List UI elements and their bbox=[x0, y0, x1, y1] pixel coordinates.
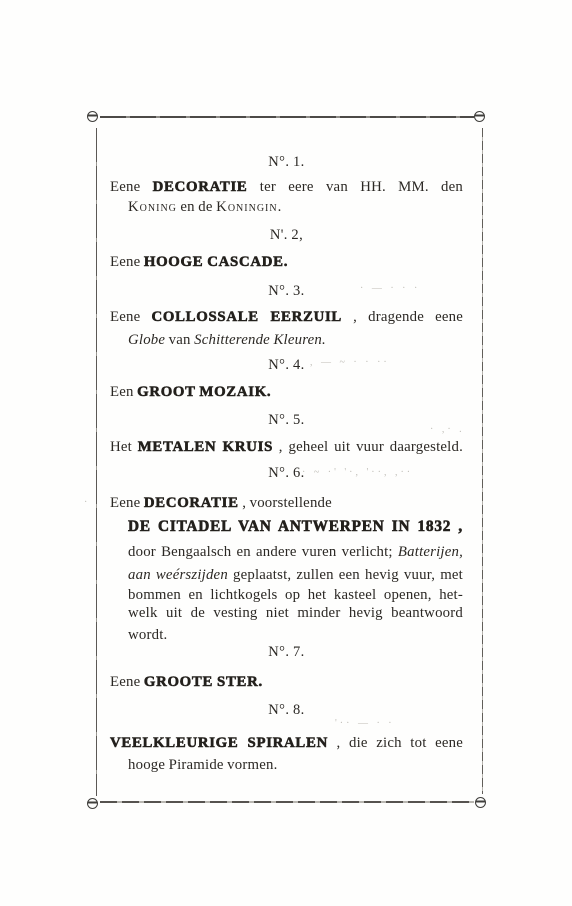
text-run: Het bbox=[110, 439, 138, 455]
text-run: en de bbox=[177, 199, 216, 215]
text-run: Eene bbox=[110, 309, 152, 325]
italic-text: Schitterende Kleuren. bbox=[194, 332, 326, 348]
entry-line: Koning en de Koningin. bbox=[128, 196, 463, 218]
ink-smudge: · — · · · bbox=[360, 284, 420, 294]
fat-text: DECORATIE bbox=[153, 179, 248, 195]
ink-smudge: · bbox=[84, 498, 90, 508]
entry-line: door Bengaalsch en andere vuren verlicht… bbox=[128, 541, 463, 563]
entry-subtitle: DE CITADEL VAN ANTWERPEN IN 1832 , bbox=[128, 516, 463, 538]
corner-ornament-icon bbox=[87, 111, 98, 122]
entry-number: N°. 8. bbox=[110, 699, 463, 721]
ink-smudge: , — ~ · · ·· bbox=[310, 358, 390, 368]
frame-border-right bbox=[482, 128, 483, 794]
fat-text: METALEN KRUIS bbox=[138, 439, 273, 455]
italic-text: Batterijen, bbox=[398, 544, 463, 560]
fat-text: GROOT MOZAIK. bbox=[137, 384, 271, 400]
fat-text: VEELKLEURIGE SPIRALEN bbox=[110, 735, 328, 751]
fat-text: HOOGE CASCADE. bbox=[144, 254, 288, 270]
entry-number: N°. 1. bbox=[110, 151, 463, 173]
entry-line: Eene COLLOSSALE EERZUIL , dragende eene bbox=[110, 306, 463, 328]
text-run: , dragende eene bbox=[342, 309, 463, 325]
corner-ornament-icon bbox=[474, 111, 485, 122]
text-run: Eene bbox=[110, 674, 144, 690]
entry-number: N°. 5. bbox=[110, 409, 463, 431]
entry-line: Een GROOT MOZAIK. bbox=[110, 381, 463, 403]
frame-border-top bbox=[100, 116, 474, 118]
entry-line: VEELKLEURIGE SPIRALEN , die zich tot een… bbox=[110, 732, 463, 754]
text-run: Eene bbox=[110, 495, 144, 511]
entry-line: hooge Piramide vormen. bbox=[128, 754, 463, 776]
text-run: Eene bbox=[110, 179, 153, 195]
entry-line: Eene DECORATIE , voorstellende bbox=[110, 492, 463, 514]
text-run: van bbox=[165, 332, 194, 348]
entry-line: Het METALEN KRUIS , geheel uit vuur daar… bbox=[110, 436, 463, 458]
smallcaps-text: Koningin. bbox=[216, 199, 282, 215]
smallcaps-text: Koning bbox=[128, 199, 177, 215]
fat-text: DECORATIE bbox=[144, 495, 239, 511]
text-run: Eene bbox=[110, 254, 144, 270]
text-run: Een bbox=[110, 384, 137, 400]
corner-ornament-icon bbox=[87, 798, 98, 809]
frame-border-bottom bbox=[100, 801, 474, 803]
text-run: , geheel uit vuur daargesteld. bbox=[273, 439, 463, 455]
italic-text: Globe bbox=[128, 332, 165, 348]
text-run: ter eere van HH. MM. den bbox=[247, 179, 463, 195]
text-run: geplaatst, zullen een hevig vuur, met bbox=[228, 567, 463, 583]
entry-number: N°. 4. bbox=[110, 354, 463, 376]
ink-smudge: · ,· . bbox=[430, 425, 465, 435]
corner-ornament-icon bbox=[475, 797, 486, 808]
entry-line: Eene HOOGE CASCADE. bbox=[110, 251, 463, 273]
fat-text: GROOTE STER. bbox=[144, 674, 263, 690]
entry-line: Eene DECORATIE ter eere van HH. MM. den bbox=[110, 176, 463, 198]
entry-line: Globe van Schitterende Kleuren. bbox=[128, 329, 463, 351]
document-page: N°. 1. Eene DECORATIE ter eere van HH. M… bbox=[0, 0, 572, 906]
entry-line: welk uit de vesting niet minder hevig be… bbox=[128, 602, 463, 624]
entry-number: N'. 2, bbox=[110, 224, 463, 246]
entry-number: N°. 7. bbox=[110, 641, 463, 663]
text-run: , voorstellende bbox=[239, 495, 332, 511]
ink-smudge: · ~ ·' '·, '··, ,·· bbox=[302, 468, 413, 478]
entry-line: aan weérszijden geplaatst, zullen een he… bbox=[128, 564, 463, 586]
fat-text: COLLOSSALE EERZUIL bbox=[152, 309, 342, 325]
italic-text: aan weérszijden bbox=[128, 567, 228, 583]
ink-smudge: '·· — · · bbox=[335, 719, 395, 729]
entry-line: Eene GROOTE STER. bbox=[110, 671, 463, 693]
text-run: , die zich tot eene bbox=[328, 735, 463, 751]
text-run: door Bengaalsch en andere vuren verlicht… bbox=[128, 544, 398, 560]
frame-border-left bbox=[96, 128, 97, 796]
